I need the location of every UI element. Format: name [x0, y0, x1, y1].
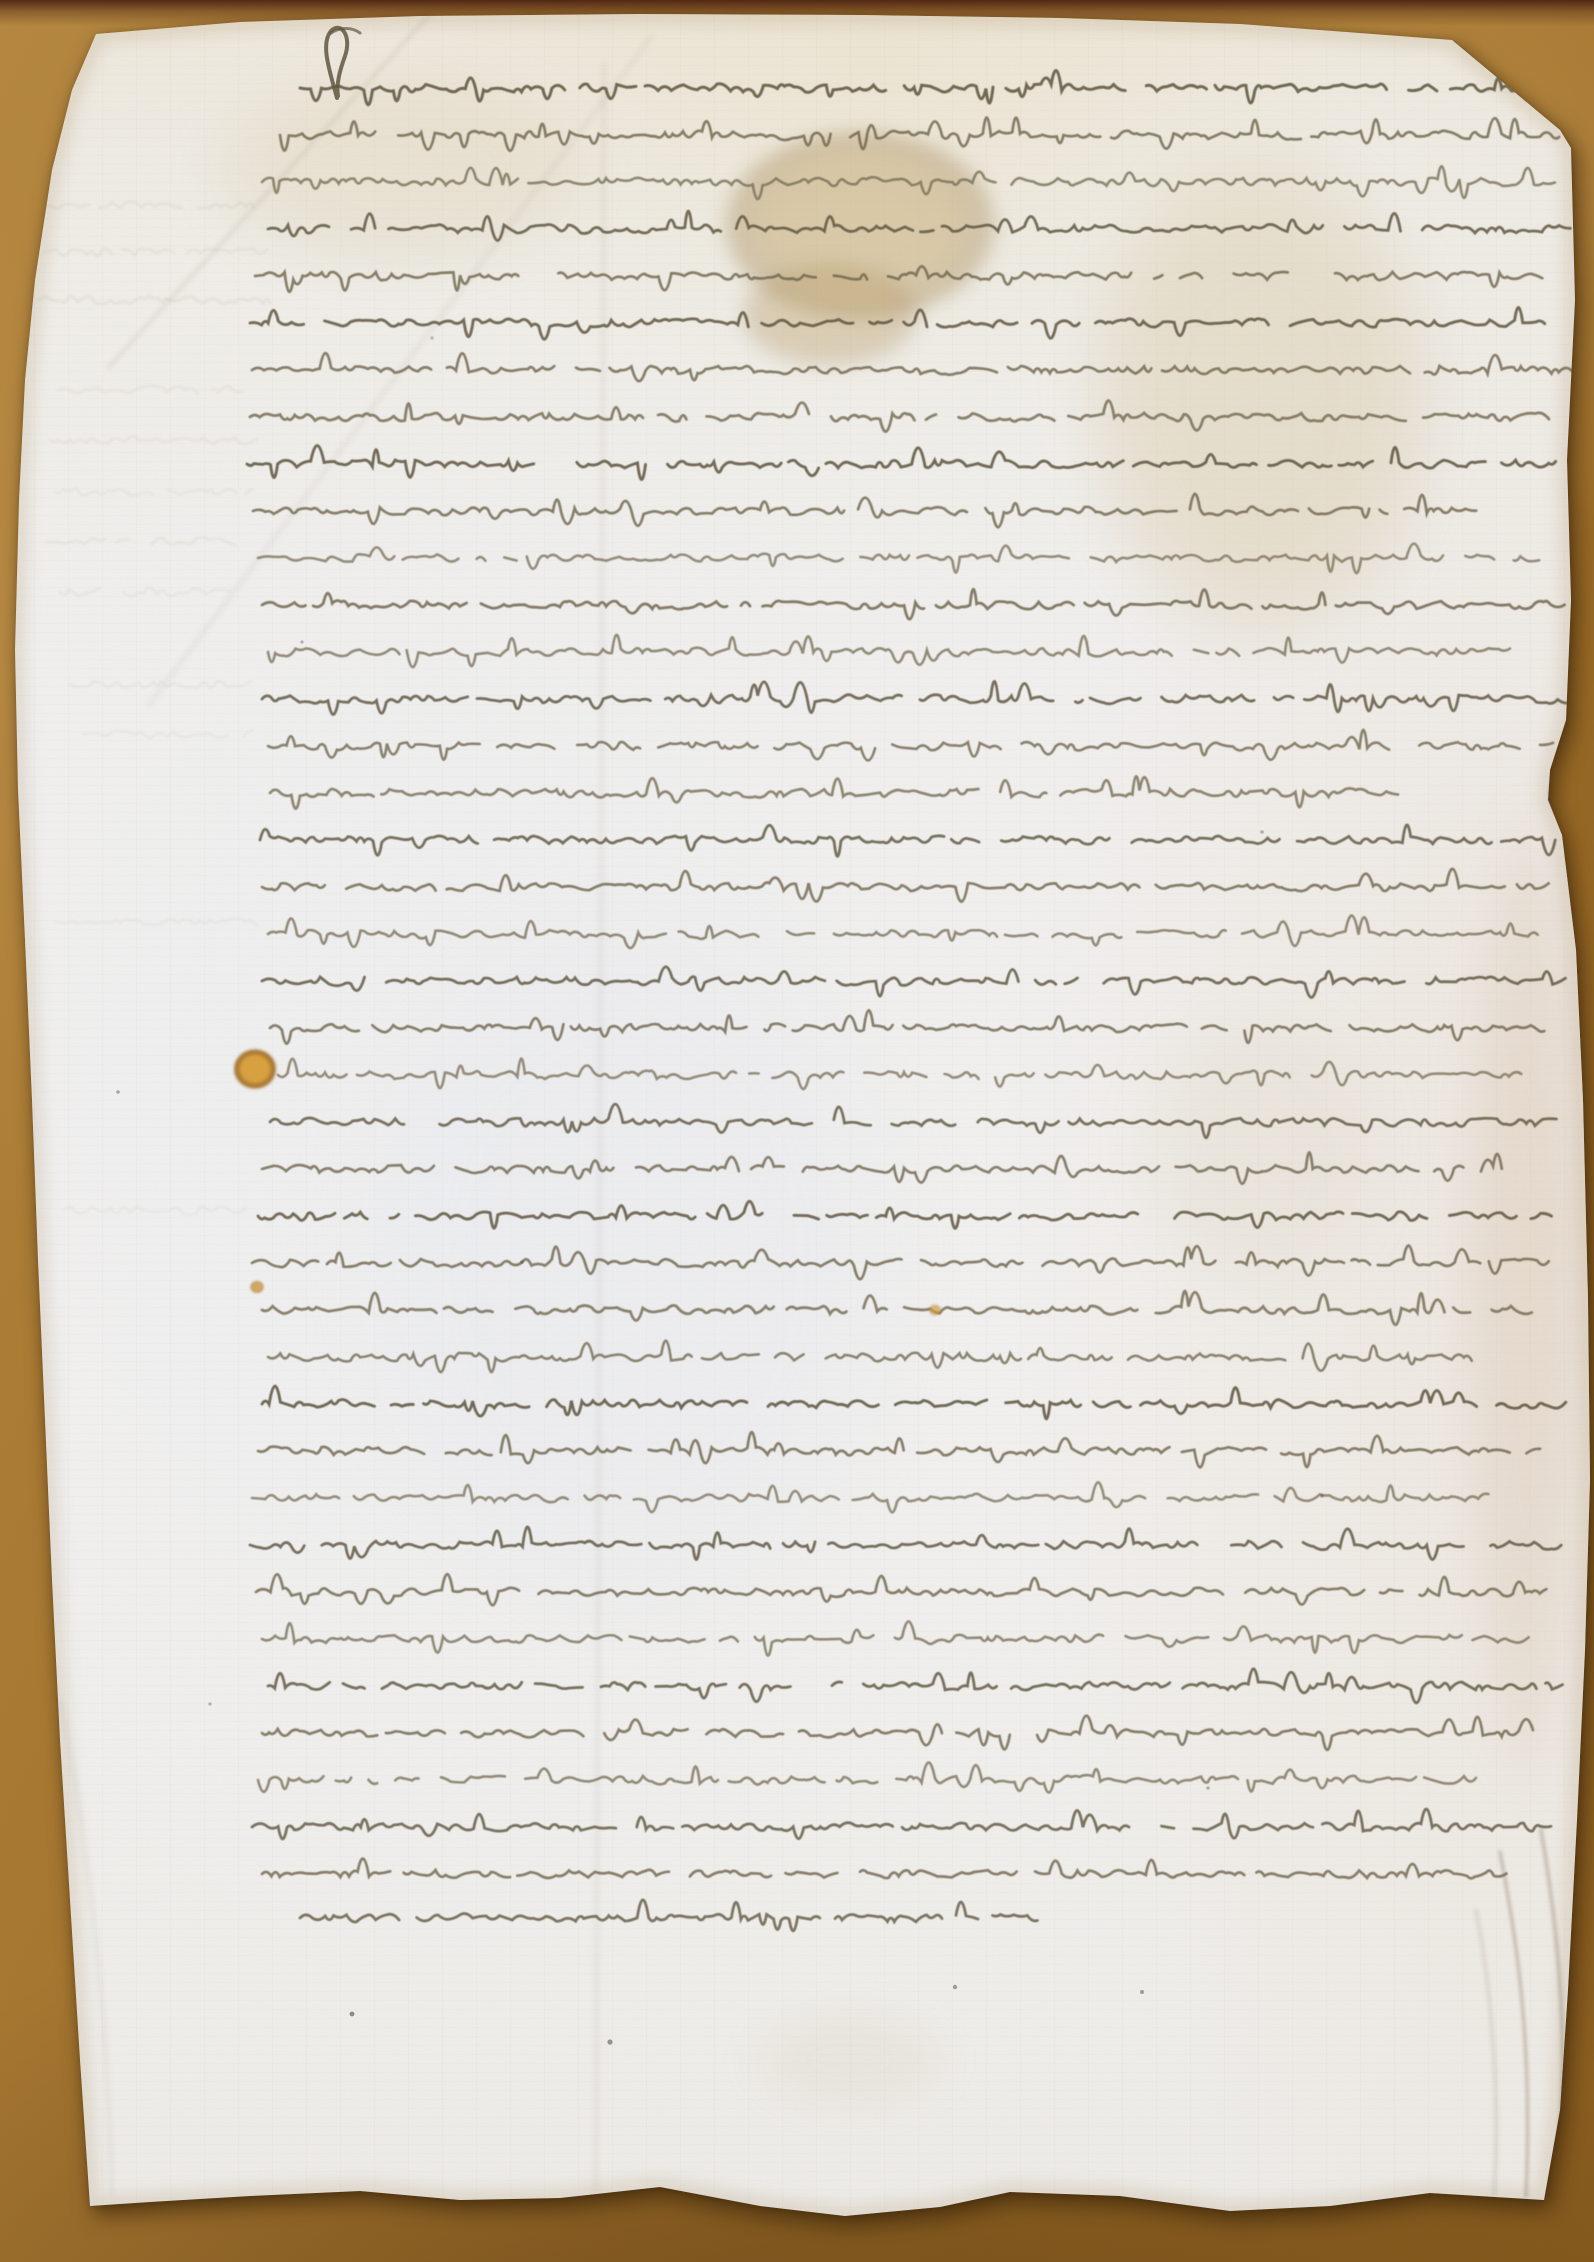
- handwriting-line: [300, 1900, 1038, 1931]
- handwriting-line: [270, 1104, 1557, 1138]
- handwriting-line: [268, 1341, 1472, 1372]
- handwriting-line: [268, 635, 1510, 667]
- handwriting-line: [268, 211, 1570, 240]
- handwriting-line: [300, 71, 1532, 105]
- handwriting-line: [262, 967, 1566, 998]
- handwriting-line: [268, 1669, 1563, 1703]
- handwriting-line: [258, 1432, 1540, 1467]
- ink-speck: [1140, 1990, 1144, 1994]
- showthrough-line: [46, 537, 236, 545]
- ink-speck: [1206, 1786, 1210, 1790]
- showthrough-line: [70, 681, 251, 688]
- handwriting-line: [252, 1246, 1571, 1280]
- handwriting-line: [270, 1010, 1544, 1043]
- handwriting-line: [262, 681, 1569, 714]
- handwriting-line: [278, 1059, 1521, 1089]
- crease-line: [596, 64, 604, 2190]
- handwriting-line: [252, 1809, 1551, 1839]
- ink-speck: [953, 1985, 957, 1989]
- handwriting-layer: [0, 0, 1594, 2262]
- showthrough-line: [82, 730, 253, 738]
- paper-shadow-wrap: [0, 0, 1594, 2262]
- handwriting-line: [247, 446, 1556, 480]
- ink-speck: [300, 640, 303, 643]
- showthrough-line: [56, 918, 258, 925]
- handwriting-line: [258, 544, 1539, 573]
- handwriting-line: [262, 1716, 1533, 1750]
- ink-speck: [430, 336, 433, 339]
- handwriting-line: [270, 776, 1420, 808]
- handwriting-line: [258, 1201, 1552, 1228]
- handwriting-line: [262, 166, 1555, 199]
- handwriting-line: [252, 353, 1572, 381]
- showthrough-line: [60, 588, 230, 596]
- ink-speck: [116, 1090, 120, 1094]
- showthrough-line: [40, 296, 270, 304]
- ink-speck: [208, 1702, 211, 1705]
- handwriting-line: [250, 1527, 1561, 1560]
- handwriting-line: [262, 1386, 1566, 1419]
- handwriting-line: [250, 307, 1565, 339]
- ink-speck: [1260, 830, 1264, 834]
- handwriting-line: [255, 266, 1542, 291]
- handwriting-line: [256, 1574, 1546, 1605]
- handwriting-line: [262, 1291, 1532, 1325]
- handwriting-line: [262, 869, 1569, 902]
- handwriting-line: [252, 1482, 1507, 1512]
- showthrough-line: [55, 488, 252, 496]
- handwriting-line: [258, 1763, 1476, 1793]
- ink-speck: [350, 2012, 355, 2017]
- crease-line: [1476, 1910, 1496, 2194]
- showthrough-line: [44, 248, 267, 256]
- manuscript-page: [0, 0, 1594, 2262]
- showthrough-line: [48, 202, 254, 208]
- photo-background: [0, 0, 1594, 2262]
- handwriting-line: [253, 494, 1476, 527]
- handwriting-line: [280, 118, 1559, 151]
- handwriting-line: [250, 401, 1549, 432]
- handwriting-line: [262, 1152, 1502, 1183]
- handwriting-line: [268, 730, 1553, 761]
- handwriting-line: [262, 1859, 1506, 1879]
- handwriting-line: [268, 916, 1538, 948]
- ink-speck: [520, 1260, 524, 1264]
- handwriting-line: [262, 589, 1565, 619]
- ink-speck: [607, 2039, 612, 2044]
- edge-inner-shade: [15, 14, 1590, 2216]
- showthrough-line: [50, 436, 257, 444]
- showthrough-line: [58, 385, 242, 393]
- handwriting-line: [260, 825, 1555, 857]
- ink-speck: [1320, 1494, 1324, 1498]
- showthrough-line: [64, 1206, 245, 1215]
- handwriting-line: [262, 1621, 1529, 1655]
- crease-line: [1500, 1852, 1528, 2196]
